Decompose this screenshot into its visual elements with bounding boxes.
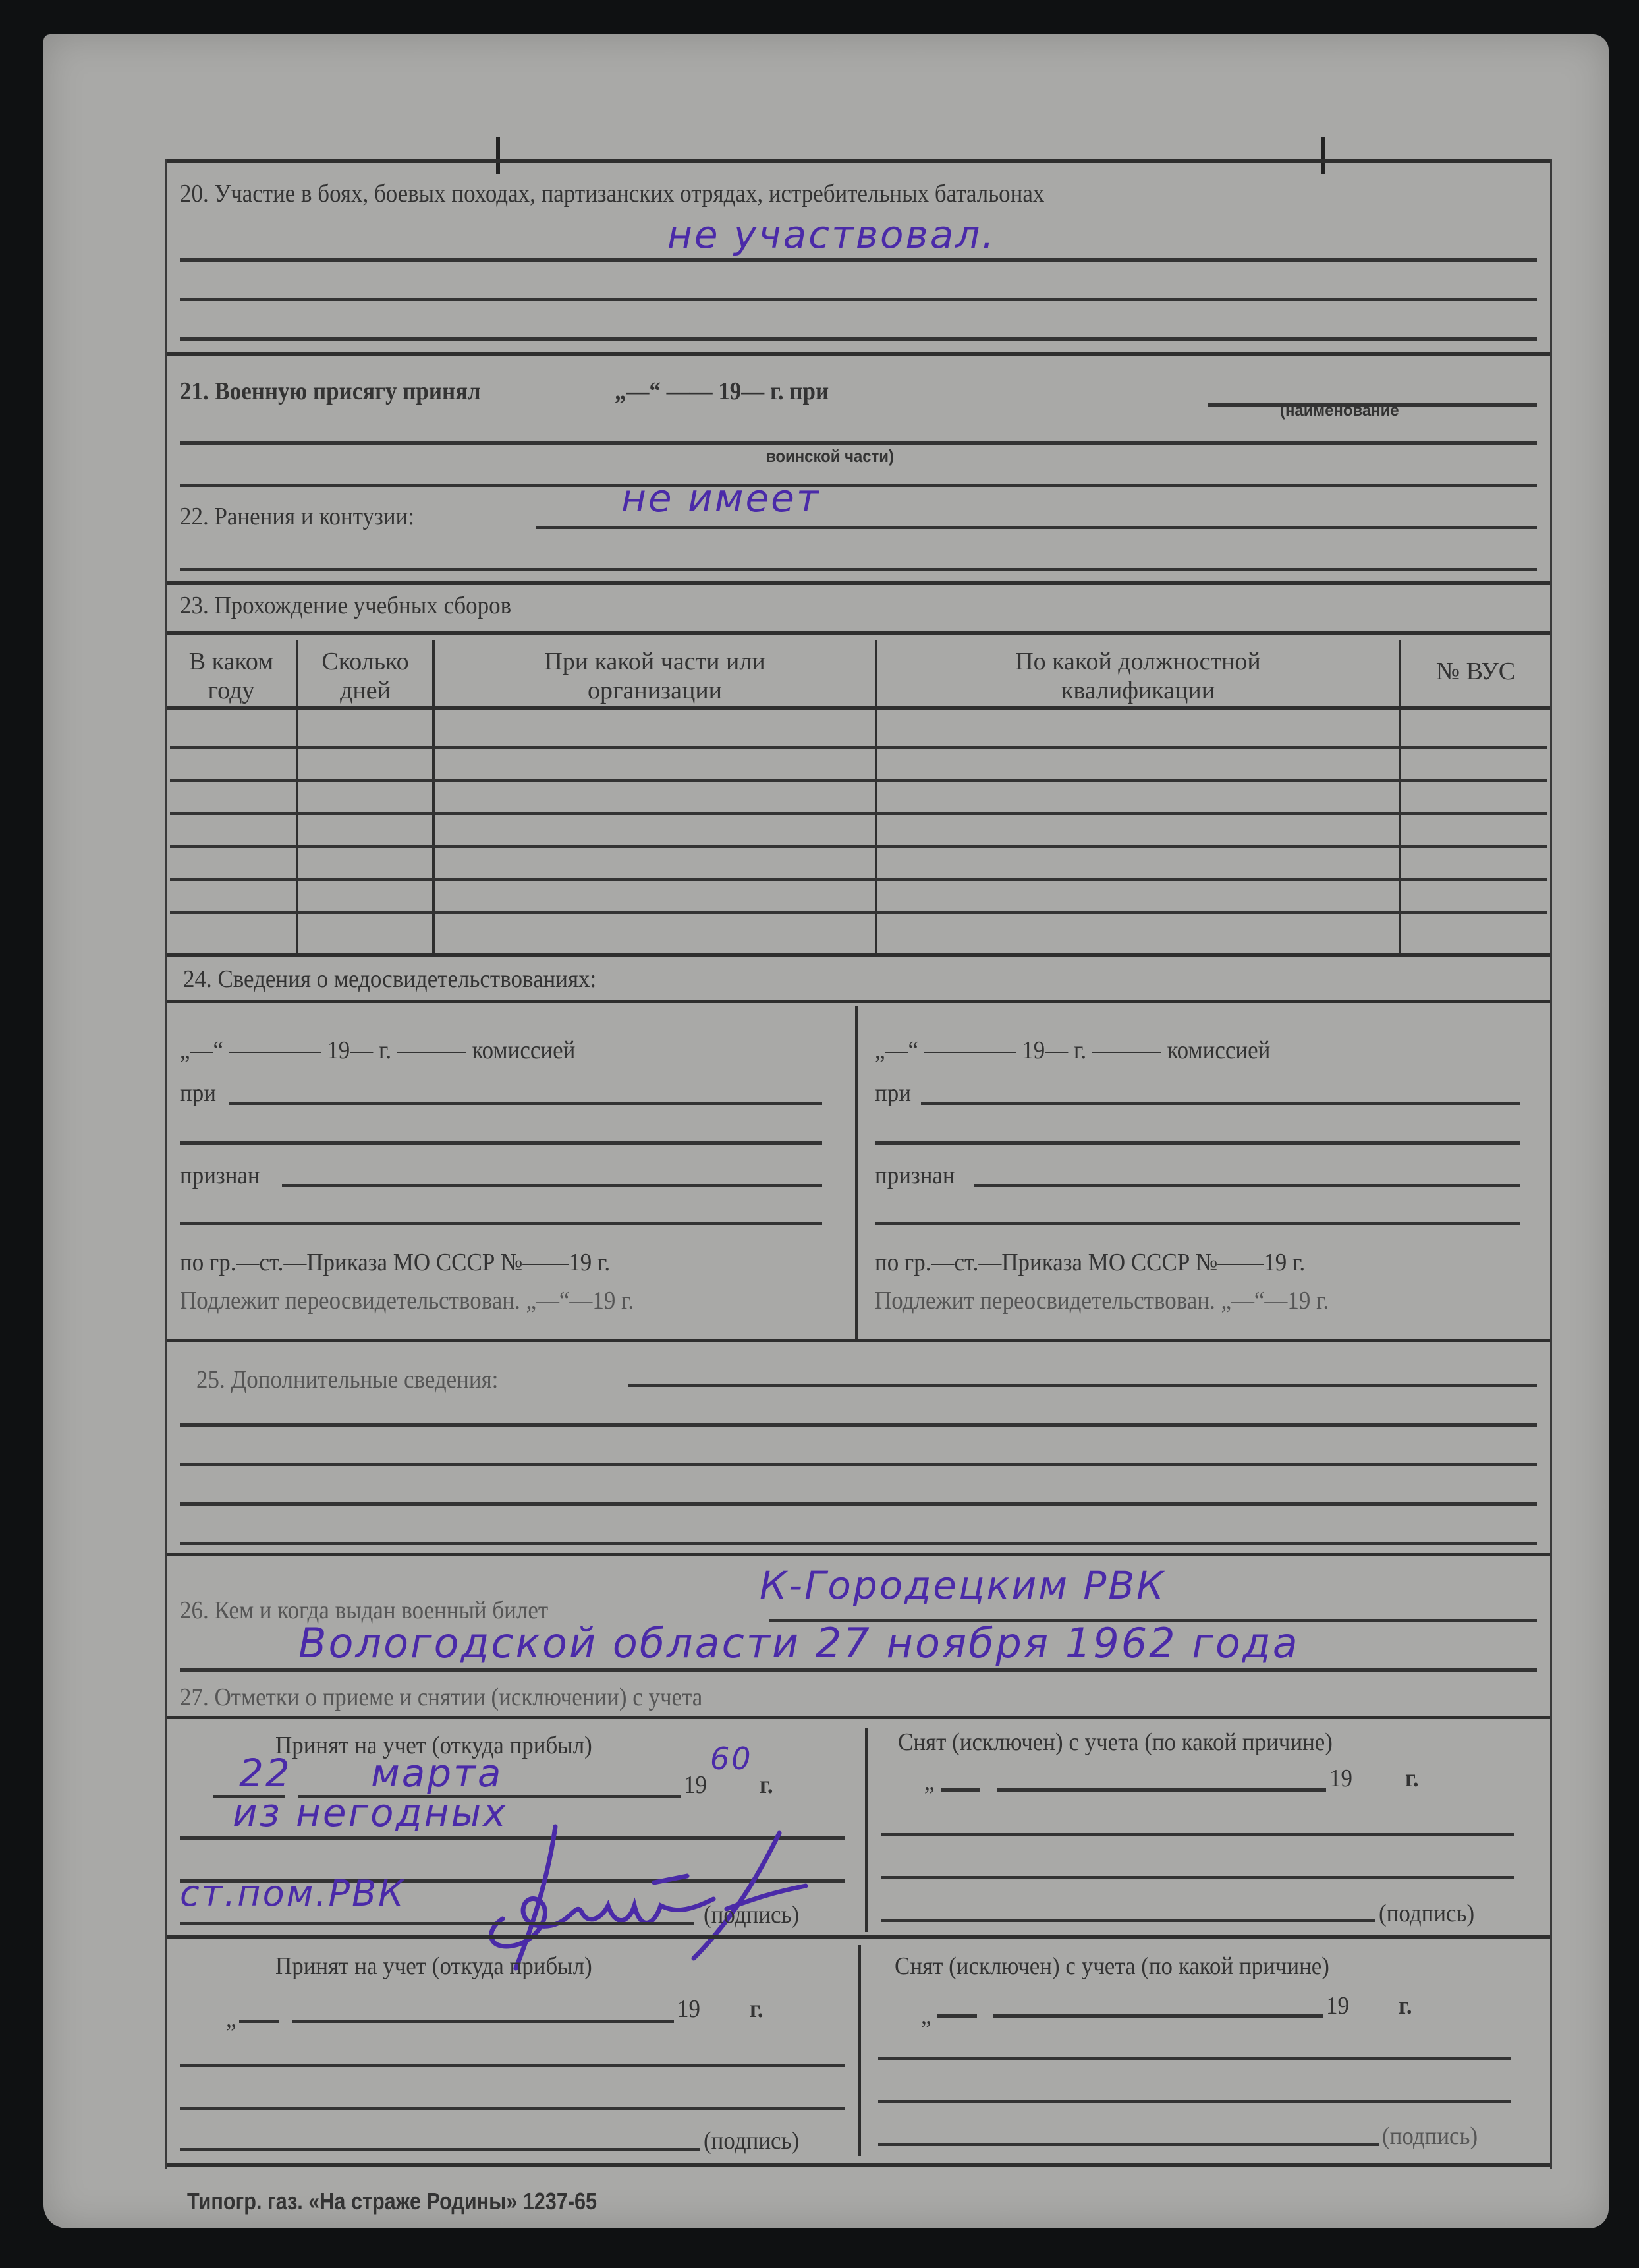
fill-line xyxy=(875,1141,1520,1145)
fill-line xyxy=(180,1463,1537,1466)
med-recheck-line: Подлежит переосвидетельствован. „—“—19 г… xyxy=(180,1286,634,1315)
section-divider xyxy=(167,1339,1550,1342)
fill-line xyxy=(878,2100,1511,2103)
table-row-line xyxy=(170,746,1547,749)
staple-mark xyxy=(1321,137,1325,174)
med-date-line: „—“ ———— 19— г. ——— комиссией xyxy=(875,1036,1270,1065)
accepted-year: 60 xyxy=(710,1741,753,1776)
document-page: 20. Участие в боях, боевых походах, парт… xyxy=(43,34,1609,2228)
section-20-value: не участвовал. xyxy=(667,212,996,257)
year-suffix: г. xyxy=(1405,1764,1419,1793)
signature-caption: (подпись) xyxy=(704,2126,799,2155)
fill-line xyxy=(921,1102,1520,1105)
col-header-vus: № ВУС xyxy=(1401,657,1550,686)
signature-line xyxy=(878,2143,1379,2146)
med-pri-label: при xyxy=(180,1079,216,1108)
staple-mark xyxy=(496,137,500,174)
fill-line xyxy=(974,1184,1520,1187)
col-divider xyxy=(858,1945,861,2156)
date-quote: „ xyxy=(226,2004,236,2033)
signature-caption: (подпись) xyxy=(1382,2122,1478,2151)
med-pri-label: при xyxy=(875,1079,911,1108)
col-divider xyxy=(1399,640,1401,957)
med-priznan-label: признан xyxy=(875,1161,955,1190)
med-date-line: „—“ ———— 19— г. ——— комиссией xyxy=(180,1036,575,1065)
accepted-title: Принят на учет (откуда прибыл) xyxy=(275,1952,592,1981)
col-divider xyxy=(855,1006,858,1342)
form-frame: 20. Участие в боях, боевых походах, парт… xyxy=(165,159,1552,2169)
year-prefix: 19 xyxy=(677,1995,700,2024)
section-20-label: 20. Участие в боях, боевых походах, парт… xyxy=(180,179,1044,208)
signature-line xyxy=(180,1922,694,1925)
fill-line xyxy=(937,2014,977,2018)
fill-line xyxy=(941,1788,980,1792)
fill-line xyxy=(180,1141,822,1145)
bottom-border xyxy=(167,2163,1550,2167)
fill-line xyxy=(536,526,1537,529)
section-divider xyxy=(167,1553,1550,1556)
fill-line xyxy=(180,298,1537,301)
med-order-line: по гр.—ст.—Приказа МО СССР №——19 г. xyxy=(180,1248,610,1277)
table-row-line xyxy=(170,878,1547,881)
section-27-label: 27. Отметки о приеме и снятии (исключени… xyxy=(180,1683,702,1712)
fill-line xyxy=(993,2014,1323,2018)
section-divider xyxy=(167,1935,1550,1939)
col-divider xyxy=(865,1728,868,1932)
fill-line xyxy=(997,1788,1326,1792)
fill-line xyxy=(881,1833,1514,1836)
fill-line xyxy=(881,1876,1514,1879)
removed-title: Снят (исключен) с учета (по какой причин… xyxy=(895,1952,1329,1981)
section-22-value: не имеет xyxy=(621,476,821,521)
accepted-month: марта xyxy=(371,1751,503,1796)
section-25-label: 25. Дополнительные сведения: xyxy=(196,1365,498,1394)
fill-line xyxy=(180,1668,1537,1672)
year-prefix: 19 xyxy=(1326,1991,1349,2020)
signed-by-position: ст.пом.РВК xyxy=(180,1873,406,1914)
med-order-line: по гр.—ст.—Приказа МО СССР №——19 г. xyxy=(875,1248,1305,1277)
oath-date-template: „—“ —— 19— г. при xyxy=(615,377,829,406)
table-row-line xyxy=(170,779,1547,782)
fill-line xyxy=(628,1384,1537,1387)
ticket-issuer-line-2: Вологодской области 27 ноября 1962 года xyxy=(298,1619,1300,1667)
section-24-label: 24. Сведения о медосвидетельствованиях: xyxy=(183,965,596,994)
date-quote: „ xyxy=(924,1767,935,1796)
fill-line xyxy=(282,1184,822,1187)
date-quote: „ xyxy=(921,2001,931,2030)
section-divider xyxy=(167,352,1550,356)
table-row-line xyxy=(170,845,1547,848)
top-border xyxy=(167,159,1550,163)
fill-line xyxy=(239,2020,279,2023)
signature-line xyxy=(180,2148,700,2151)
fill-line xyxy=(229,1102,822,1105)
year-prefix: 19 xyxy=(684,1771,707,1800)
year-suffix: г. xyxy=(1399,1991,1412,2020)
fill-line xyxy=(292,2020,674,2023)
caption-unit-name: (наименование xyxy=(1280,400,1399,420)
accepted-day: 22 xyxy=(239,1751,292,1796)
table-row-line xyxy=(170,911,1547,914)
fill-line xyxy=(180,1423,1537,1427)
fill-line xyxy=(878,2057,1511,2060)
handwritten-signature xyxy=(476,1820,845,1971)
fill-line xyxy=(180,1502,1537,1506)
fill-line xyxy=(180,2064,845,2067)
table-header-bottom xyxy=(167,706,1550,710)
year-suffix: г. xyxy=(750,1995,764,2024)
table-row-line xyxy=(170,812,1547,815)
printer-imprint: Типогр. газ. «На страже Родины» 1237-65 xyxy=(187,2188,597,2215)
med-priznan-label: признан xyxy=(180,1161,260,1190)
year-suffix: г. xyxy=(760,1771,773,1800)
col-header-qualification: По какой должностной квалификации xyxy=(877,647,1399,705)
fill-line xyxy=(180,484,1537,487)
removed-title: Снят (исключен) с учета (по какой причин… xyxy=(898,1728,1333,1757)
caption-unit: воинской части) xyxy=(766,446,894,467)
fill-line xyxy=(180,2107,845,2110)
fill-line xyxy=(180,1222,822,1225)
fill-line xyxy=(180,258,1537,262)
section-22-label: 22. Ранения и контузии: xyxy=(180,502,414,531)
col-header-days: Сколько дней xyxy=(298,647,432,705)
signature-caption: (подпись) xyxy=(1379,1899,1474,1928)
signature-line xyxy=(881,1919,1375,1922)
fill-line xyxy=(180,1542,1537,1545)
year-prefix: 19 xyxy=(1329,1764,1352,1793)
section-divider xyxy=(167,581,1550,585)
section-21-label: 21. Военную присягу принял xyxy=(180,377,481,406)
table-top xyxy=(167,631,1550,635)
ticket-issuer-line-1: К-Городецким РВК xyxy=(760,1563,1165,1608)
col-header-year: В каком году xyxy=(167,647,296,705)
signature-caption: (подпись) xyxy=(704,1900,799,1929)
fill-line xyxy=(180,441,1537,445)
fill-line xyxy=(180,337,1537,341)
section-divider xyxy=(167,953,1550,957)
section-divider xyxy=(167,1000,1550,1003)
col-header-unit: При какой части или организации xyxy=(435,647,875,705)
accepted-from: из негодных xyxy=(233,1790,508,1835)
section-divider xyxy=(167,1716,1550,1719)
fill-line xyxy=(180,568,1537,571)
section-23-label: 23. Прохождение учебных сборов xyxy=(180,591,511,620)
fill-line xyxy=(875,1222,1520,1225)
med-recheck-line: Подлежит переосвидетельствован. „—“—19 г… xyxy=(875,1286,1329,1315)
